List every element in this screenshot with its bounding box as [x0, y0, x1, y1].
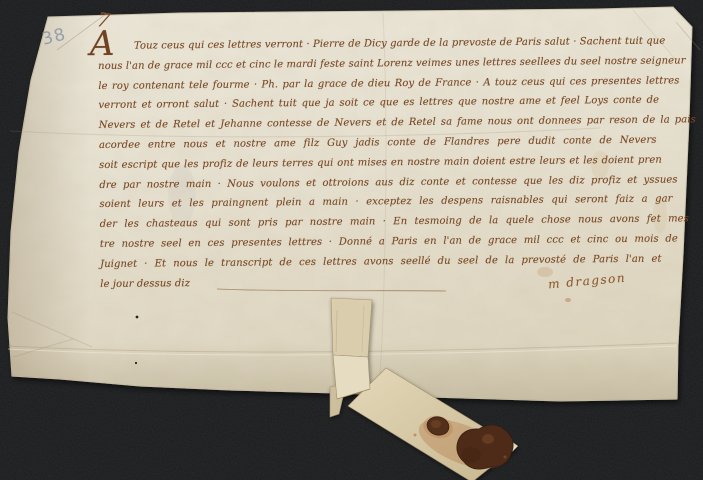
seal-tag-vertical [331, 298, 372, 357]
archival-photo: 38 7 A Touz ceus qui ces lettres verront… [0, 0, 703, 480]
wax-seal-large [457, 425, 513, 469]
parchment-graphic [0, 0, 703, 480]
